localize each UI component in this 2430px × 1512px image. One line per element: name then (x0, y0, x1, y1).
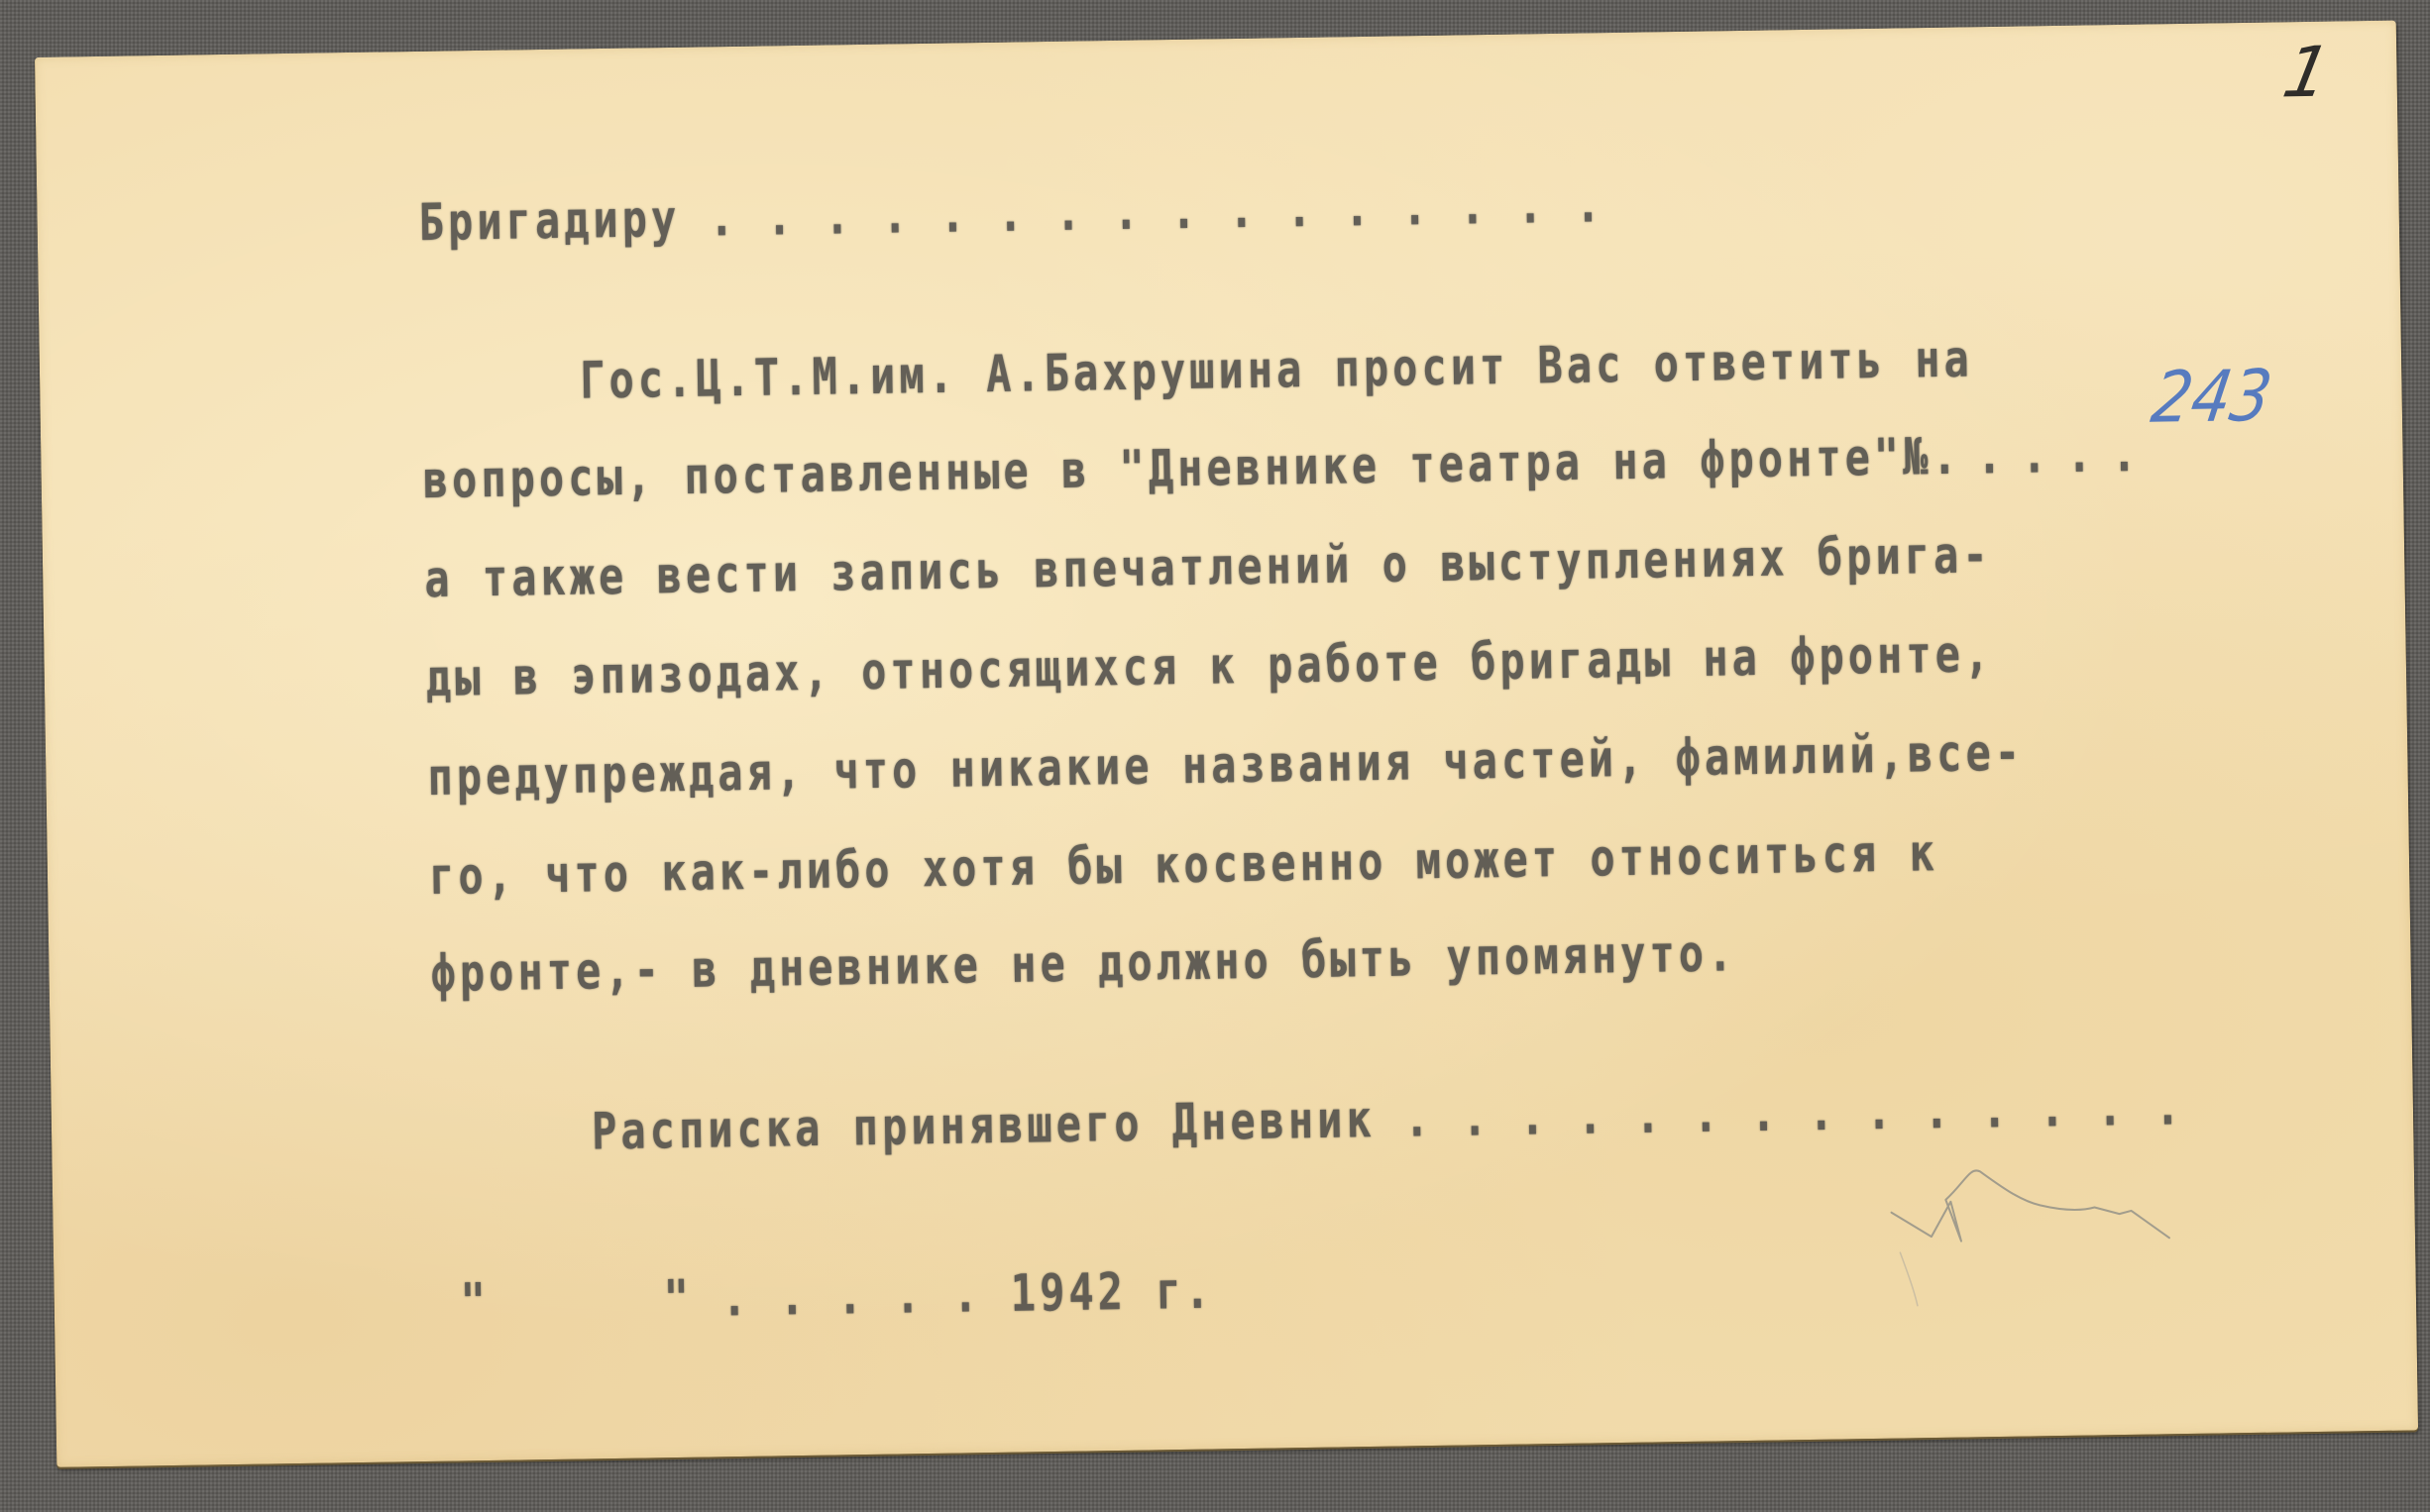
addressee: Бригадиру (418, 188, 680, 252)
date-fill-dots: ..... (721, 1263, 1011, 1327)
body-line-4: ды в эпизодах, относящихся к работе бриг… (425, 624, 1993, 708)
issue-number-dots: ..... (1932, 423, 2156, 486)
date-close-quote: " (663, 1268, 693, 1328)
body-line-1: Гос.Ц.Т.М.им. А.Бахрушина просит Вас отв… (580, 329, 1974, 410)
page-number: 1 (2276, 32, 2337, 114)
receipt-signature-dots: .............. (1404, 1076, 2214, 1148)
addressee-fill-dots: ................ (709, 173, 1633, 247)
addressee-line: Бригадиру ................ (418, 173, 1633, 252)
pencil-signature-icon (1871, 1148, 2210, 1312)
document-card: 1 Бригадиру ................ Гос.Ц.Т.М.и… (35, 21, 2418, 1467)
body-line-5: предупреждая, что никакие названия часте… (427, 722, 2024, 807)
body-line-7: фронте,- в дневнике не должно быть упомя… (430, 923, 1737, 1003)
date-open-quote: " (460, 1272, 490, 1332)
body-line-6: го, что как-либо хотя бы косвенно может … (429, 823, 1939, 907)
body-line-3: а также вести запись впечатлений о высту… (424, 525, 1992, 609)
receipt-label: Расписка принявшего Дневник (592, 1089, 1377, 1160)
receipt-line: Расписка принявшего Дневник ............… (592, 1076, 2214, 1160)
date-year: 1942 г. (1010, 1260, 1214, 1323)
inventory-number: 243 (2147, 354, 2277, 439)
body-line-2: вопросы, поставленные в "Дневнике театра… (422, 423, 2156, 509)
date-line: " " .....1942 г. (460, 1260, 1214, 1332)
